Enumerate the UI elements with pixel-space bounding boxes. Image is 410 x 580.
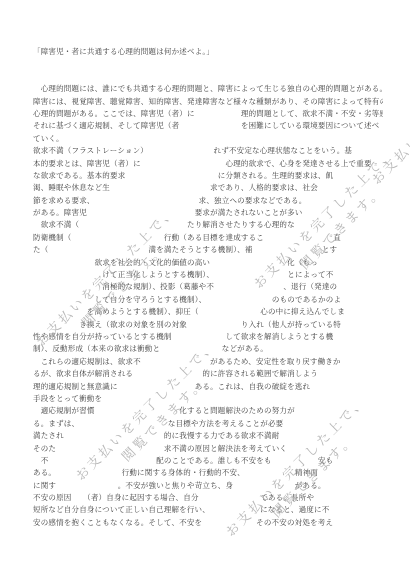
text-line: 消極的な規制）、投影（葛藤や不 、退行（発達の bbox=[33, 281, 383, 293]
text-line: るが、欲求自体が解消される 的に許容される範囲で解消しよう bbox=[33, 368, 383, 380]
text-line: 短所など自分自身について正しい自己理解を行い、 になると、過度に不 bbox=[33, 504, 383, 516]
document-body: 「障害児・者に共通する心理的問題は何か述べよ。」 心理的問題には、誰にでも共通す… bbox=[33, 46, 383, 529]
text-line: ていく。 bbox=[33, 133, 383, 145]
text-line: 本的要求とは、障害児（者）に 心理的欲求で、心身を発達させる上で重要 bbox=[33, 158, 383, 170]
text-line: 欲求を社会的・文化的価値の高い 化（もっ bbox=[33, 257, 383, 269]
document-title: 「障害児・者に共通する心理的問題は何か述べよ。」 bbox=[33, 46, 383, 58]
document-text-lines: 心理的問題には、誰にでも共通する心理的問題と、障害によって生じる独自の心理的問題… bbox=[33, 71, 383, 529]
text-line: 心理的問題には、誰にでも共通する心理的問題と、障害によって生じる独自の心理的問題… bbox=[33, 83, 383, 95]
text-line: 制）、反動形成（本来の欲求は衝動と などがある。 bbox=[33, 343, 383, 355]
text-line: それに基づく適応規制、そして障害児（者 を困難にしている環境要因について述べ bbox=[33, 120, 383, 132]
text-line: 不安の原因 （者）自身に起因する場合、自分 である。長所や bbox=[33, 492, 383, 504]
text-line: に関す 。不安が強いと焦りや苛立ち、身 がある。 bbox=[33, 480, 383, 492]
text-line: 手段をとって衝動を bbox=[33, 393, 383, 405]
text-line: して自分を守ろうとする機制）、 のものであるかのよ bbox=[33, 294, 383, 306]
text-line: 満たされ 的に我慢する力である欲求不満耐 bbox=[33, 430, 383, 442]
text-line: 性や感情を自分が持っているとする機制 して欲求を解消しようとする機 bbox=[33, 331, 383, 343]
text-line: た（ 満を満たそうとする機制）、補 とす bbox=[33, 244, 383, 256]
text-line: な欲求である。基本的要求 に分類される。生理的要求は、飢 bbox=[33, 170, 383, 182]
text-line: 欲求不満（フラストレーション） れず不安定な心理状態なことをいう。基 bbox=[33, 145, 383, 157]
text-line: がある。障害児 要求が満たされないことが多い bbox=[33, 207, 383, 219]
text-line: 節を求める要求、 求、独立への要求などである。 bbox=[33, 195, 383, 207]
text-line: 理的適応規制と無意識に ある。これは、自我の破綻を逃れ bbox=[33, 381, 383, 393]
text-line: 渇、睡眠や休息など生 求であり、人格的要求は、社会 bbox=[33, 182, 383, 194]
text-line: 適応規制が習慣 化すると問題解決のための努力が bbox=[33, 405, 383, 417]
text-line: 欲求不満（ たり解消させたりする心理的な bbox=[33, 219, 383, 231]
text-line: そのた 求不満の原因と解決法を考えていく bbox=[33, 443, 383, 455]
text-line bbox=[33, 71, 383, 83]
text-line: る。まずは、 な目標や方法を考えることが必要 bbox=[33, 418, 383, 430]
text-line: き換え（欲求の対象を別の対象 り入れ（他人が持っている特 bbox=[33, 319, 383, 331]
text-line: 心理的問題がある。ここでは、障害児（者）に 理的問題として、欲求不満・不安・劣等… bbox=[33, 108, 383, 120]
text-line: 不 配のことである。誰しも不安をも 安も bbox=[33, 455, 383, 467]
text-line: けて正当化しようとする機制）、 とによって不 bbox=[33, 269, 383, 281]
text-line: を高めようとする機制）、抑圧（ 心の中に抑え込んでしま bbox=[33, 306, 383, 318]
text-line: 障害には、視覚障害、聴覚障害、知的障害、発達障害など様々な種類があり、その障害に… bbox=[33, 96, 383, 108]
text-line: 安の感情を抱くこともなくなる。そして、不安を その不安の対処を考え bbox=[33, 517, 383, 529]
watermark-text-line2: 閲覧できます。 bbox=[381, 54, 410, 203]
text-line: 防衛機制（ 行動（ある目標を達成するこ 直 bbox=[33, 232, 383, 244]
text-line: これらの適応規制は、欲求不 があるため、安定性を取り戻す働きか bbox=[33, 356, 383, 368]
scanned-document-page: 「障害児・者に共通する心理的問題は何か述べよ。」 心理的問題には、誰にでも共通す… bbox=[0, 0, 410, 580]
text-line: ある。 行動に関する身体的・行動的不安、 精神面 bbox=[33, 467, 383, 479]
